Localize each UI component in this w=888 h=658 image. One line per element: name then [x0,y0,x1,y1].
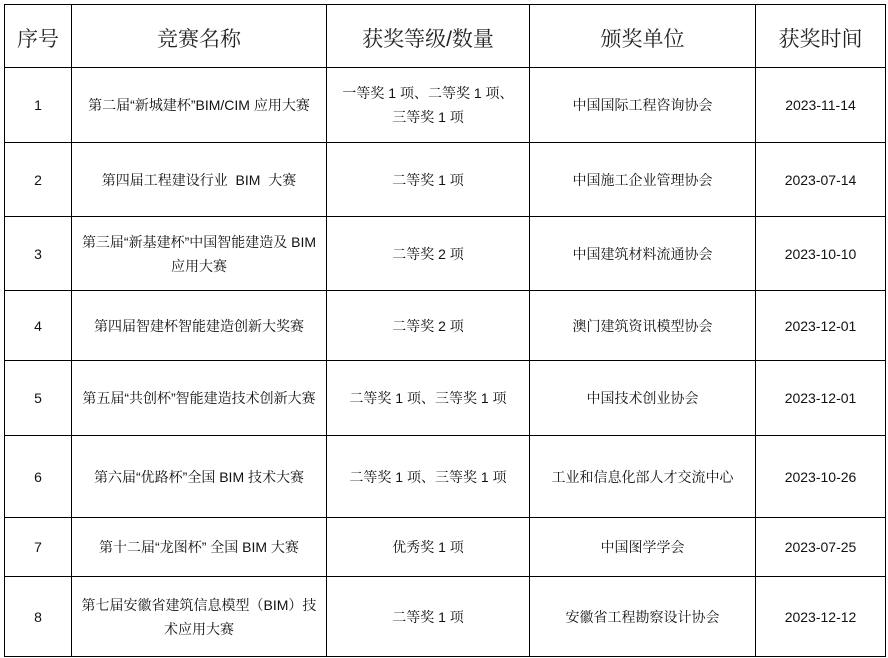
table-row: 8 第七届安徽省建筑信息模型（BIM）技术应用大赛 二等奖 1 项 安徽省工程勘… [5,577,886,657]
date-cell: 2023-07-14 [756,143,886,217]
competition-name-cell: 第四届智建杯智能建造创新大奖赛 [72,291,327,361]
table-row: 2 第四届工程建设行业 BIM 大赛 二等奖 1 项 中国施工企业管理协会 20… [5,143,886,217]
award-cell: 一等奖 1 项、二等奖 1 项、三等奖 1 项 [327,68,530,143]
table-row: 1 第二届“新城建杯”BIM/CIM 应用大赛 一等奖 1 项、二等奖 1 项、… [5,68,886,143]
header-issuer: 颁奖单位 [530,5,756,68]
issuer-cell: 澳门建筑资讯模型协会 [530,291,756,361]
award-cell: 二等奖 1 项、三等奖 1 项 [327,436,530,518]
seq-cell: 6 [5,436,72,518]
seq-cell: 7 [5,518,72,577]
seq-cell: 5 [5,361,72,436]
date-cell: 2023-11-14 [756,68,886,143]
seq-cell: 4 [5,291,72,361]
date-cell: 2023-12-01 [756,291,886,361]
issuer-cell: 中国施工企业管理协会 [530,143,756,217]
competition-name-cell: 第三届“新基建杯”中国智能建造及 BIM 应用大赛 [72,217,327,291]
issuer-cell: 中国建筑材料流通协会 [530,217,756,291]
issuer-cell: 中国国际工程咨询协会 [530,68,756,143]
issuer-cell: 工业和信息化部人才交流中心 [530,436,756,518]
award-cell: 二等奖 2 项 [327,291,530,361]
table-row: 3 第三届“新基建杯”中国智能建造及 BIM 应用大赛 二等奖 2 项 中国建筑… [5,217,886,291]
award-cell: 二等奖 1 项、三等奖 1 项 [327,361,530,436]
issuer-cell: 中国图学学会 [530,518,756,577]
table-row: 5 第五届“共创杯”智能建造技术创新大赛 二等奖 1 项、三等奖 1 项 中国技… [5,361,886,436]
header-award-date: 获奖时间 [756,5,886,68]
competition-name-cell: 第七届安徽省建筑信息模型（BIM）技术应用大赛 [72,577,327,657]
table-row: 4 第四届智建杯智能建造创新大奖赛 二等奖 2 项 澳门建筑资讯模型协会 202… [5,291,886,361]
header-seq: 序号 [5,5,72,68]
competition-name-cell: 第二届“新城建杯”BIM/CIM 应用大赛 [72,68,327,143]
date-cell: 2023-10-26 [756,436,886,518]
award-cell: 二等奖 1 项 [327,577,530,657]
competition-name-cell: 第四届工程建设行业 BIM 大赛 [72,143,327,217]
award-cell: 二等奖 2 项 [327,217,530,291]
seq-cell: 8 [5,577,72,657]
award-cell: 二等奖 1 项 [327,143,530,217]
header-award-level: 获奖等级/数量 [327,5,530,68]
awards-table: 序号 竞赛名称 获奖等级/数量 颁奖单位 获奖时间 1 第二届“新城建杯”BIM… [4,4,886,657]
date-cell: 2023-07-25 [756,518,886,577]
award-cell: 优秀奖 1 项 [327,518,530,577]
seq-cell: 1 [5,68,72,143]
competition-name-cell: 第十二届“龙图杯” 全国 BIM 大赛 [72,518,327,577]
date-cell: 2023-12-12 [756,577,886,657]
date-cell: 2023-10-10 [756,217,886,291]
table-row: 7 第十二届“龙图杯” 全国 BIM 大赛 优秀奖 1 项 中国图学学会 202… [5,518,886,577]
competition-name-cell: 第六届“优路杯”全国 BIM 技术大赛 [72,436,327,518]
seq-cell: 2 [5,143,72,217]
header-row: 序号 竞赛名称 获奖等级/数量 颁奖单位 获奖时间 [5,5,886,68]
header-competition-name: 竞赛名称 [72,5,327,68]
date-cell: 2023-12-01 [756,361,886,436]
competition-name-cell: 第五届“共创杯”智能建造技术创新大赛 [72,361,327,436]
issuer-cell: 中国技术创业协会 [530,361,756,436]
seq-cell: 3 [5,217,72,291]
issuer-cell: 安徽省工程勘察设计协会 [530,577,756,657]
table-row: 6 第六届“优路杯”全国 BIM 技术大赛 二等奖 1 项、三等奖 1 项 工业… [5,436,886,518]
